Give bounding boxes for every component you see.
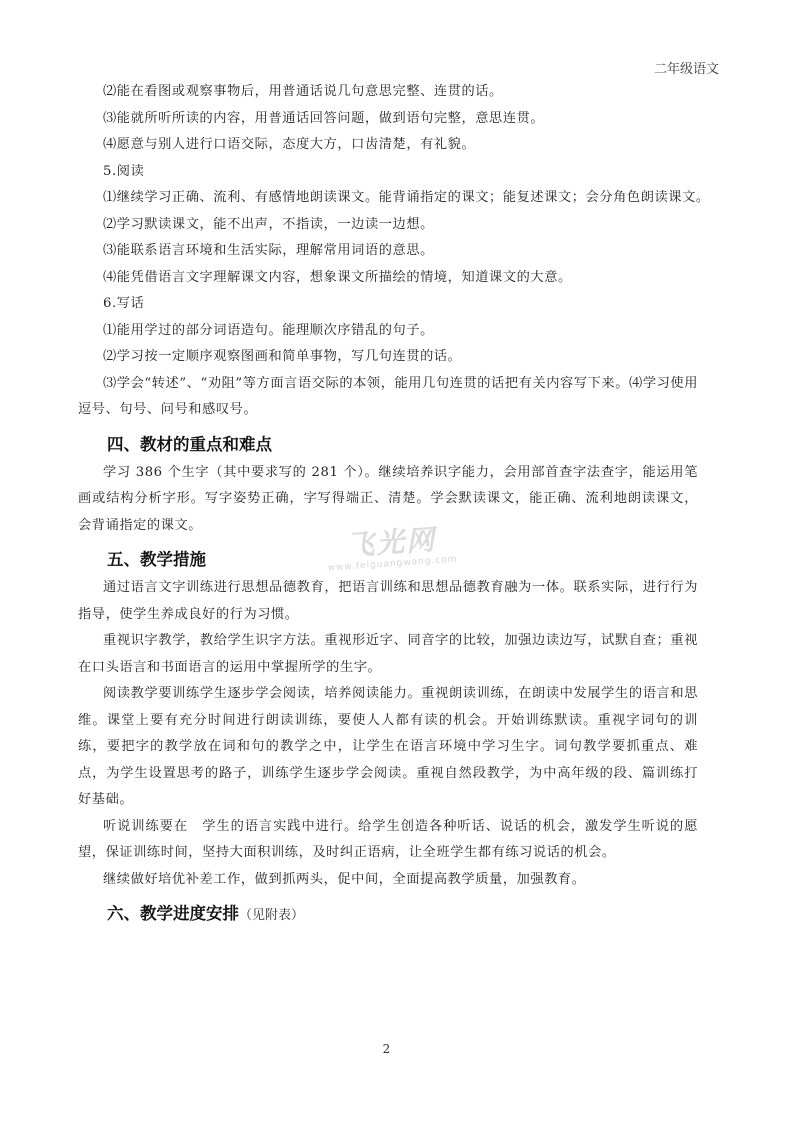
running-header: 二年级语文 <box>654 58 719 77</box>
document-body: ⑵能在看图或观察事物后，用普通话说几句意思完整、连贯的话。 ⑶能就所听所读的内容… <box>78 79 698 931</box>
writing-title: 6.写话 <box>78 291 698 318</box>
reading-item-2: ⑵学习默读课文，能不出声，不指读，一边读一边想。 <box>78 212 698 239</box>
reading-title: 5.阅读 <box>78 159 698 186</box>
schedule-note: （见附表） <box>239 908 304 923</box>
speaking-item-2: ⑵能在看图或观察事物后，用普通话说几句意思完整、连贯的话。 <box>78 79 698 106</box>
writing-item-3: ⑶学会“转述”、“劝阻”等方面言语交际的本领，能用几句连贯的话把有关内容写下来。… <box>78 371 698 424</box>
measures-paragraph-3: 阅读教学要训练学生逐步学会阅读，培养阅读能力。重视朗读训练，在朗读中发展学生的语… <box>78 681 698 814</box>
writing-item-2: ⑵学习按一定顺序观察图画和简单事物，写几句连贯的话。 <box>78 344 698 371</box>
measures-paragraph-2: 重视识字教学，教给学生识字方法。重视形近字、同音字的比较，加强边读边写，试默自查… <box>78 628 698 681</box>
reading-item-1: ⑴继续学习正确、流利、有感情地朗读课文。能背诵指定的课文；能复述课文；会分角色朗… <box>78 185 698 212</box>
measures-paragraph-4: 听说训练要在 学生的语言实践中进行。给学生创造各种听话、说话的机会，激发学生听说… <box>78 814 698 867</box>
reading-item-4: ⑷能凭借语言文字理解课文内容，想象课文所描绘的情境，知道课文的大意。 <box>78 265 698 292</box>
page-number: 2 <box>0 1042 773 1056</box>
section-heading-schedule: 六、教学进度安排（见附表） <box>78 903 698 927</box>
speaking-item-3: ⑶能就所听所读的内容，用普通话回答问题，做到语句完整，意思连贯。 <box>78 106 698 133</box>
writing-item-1: ⑴能用学过的部分词语造句。能理顺次序错乱的句子。 <box>78 318 698 345</box>
watermark: 飞光网 www.feiguangwang.com <box>320 522 463 586</box>
reading-item-3: ⑶能联系语言环境和生活实际，理解常用词语的意思。 <box>78 238 698 265</box>
speaking-item-4: ⑷愿意与别人进行口语交际，态度大方，口齿清楚，有礼貌。 <box>78 132 698 159</box>
measures-paragraph-5: 继续做好培优补差工作，做到抓两头，促中间，全面提高教学质量，加强教育。 <box>78 867 698 894</box>
schedule-heading-text: 六、教学进度安排 <box>107 904 239 923</box>
section-heading-key-points: 四、教材的重点和难点 <box>78 434 698 456</box>
measures-paragraph-1: 通过语言文字训练进行思想品德教育，把语言训练和思想品德教育融为一体。联系实际，进… <box>78 575 698 628</box>
